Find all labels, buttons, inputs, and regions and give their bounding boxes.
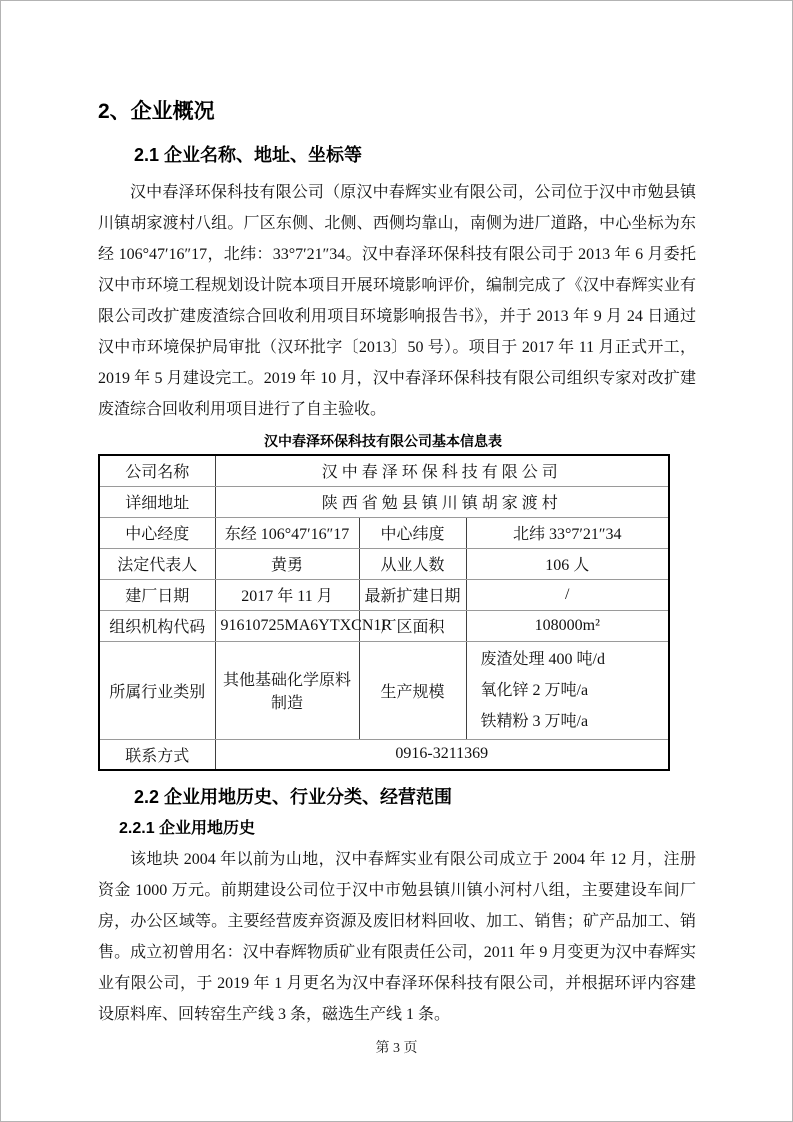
table-title-basic-info: 汉中春泽环保科技有限公司基本信息表 [98, 434, 668, 452]
cell-address-value: 陕西省勉县镇川镇胡家渡村 [215, 486, 669, 517]
section-heading-company-overview: 2、企业概况 [98, 99, 696, 125]
scale-line-slag: 废渣处理 400 吨/d [481, 644, 664, 675]
cell-address-label: 详细地址 [99, 486, 215, 517]
table-row: 公司名称 汉中春泽环保科技有限公司 [99, 455, 669, 486]
cell-area-value: 108000m² [466, 610, 669, 641]
cell-scale-value: 废渣处理 400 吨/d 氧化锌 2 万吨/a 铁精粉 3 万吨/a [466, 641, 669, 739]
cell-company-name-value: 汉中春泽环保科技有限公司 [215, 455, 669, 486]
scale-line-iron-powder: 铁精粉 3 万吨/a [481, 706, 664, 737]
subsubsection-heading-land-history: 2.2.1 企业用地历史 [98, 818, 696, 839]
subsection-heading-name-address-coords: 2.1 企业名称、地址、坐标等 [98, 144, 696, 167]
table-row: 所属行业类别 其他基础化学原料制造 生产规模 废渣处理 400 吨/d 氧化锌 … [99, 641, 669, 739]
table-row: 中心经度 东经 106°47′16″17 中心纬度 北纬 33°7′21″34 [99, 517, 669, 548]
basic-info-table: 公司名称 汉中春泽环保科技有限公司 详细地址 陕西省勉县镇川镇胡家渡村 中心经度… [98, 454, 670, 771]
cell-longitude-label: 中心经度 [99, 517, 215, 548]
paragraph-land-history: 该地块 2004 年以前为山地，汉中春辉实业有限公司成立于 2004 年 12 … [98, 844, 696, 1030]
cell-employees-label: 从业人数 [359, 548, 466, 579]
cell-contact-label: 联系方式 [99, 739, 215, 770]
paragraph-company-intro: 汉中春泽环保科技有限公司（原汉中春辉实业有限公司，公司位于汉中市勉县镇川镇胡家渡… [98, 177, 696, 425]
table-row: 组织机构代码 91610725MA6YTXCN1R 厂区面积 108000m² [99, 610, 669, 641]
cell-industry-value: 其他基础化学原料制造 [215, 641, 359, 739]
cell-latitude-value: 北纬 33°7′21″34 [466, 517, 669, 548]
cell-longitude-value: 东经 106°47′16″17 [215, 517, 359, 548]
page-content: 2、企业概况 2.1 企业名称、地址、坐标等 汉中春泽环保科技有限公司（原汉中春… [1, 1, 792, 1030]
cell-scale-label: 生产规模 [359, 641, 466, 739]
cell-build-date-label: 建厂日期 [99, 579, 215, 610]
cell-build-date-value: 2017 年 11 月 [215, 579, 359, 610]
table-row: 详细地址 陕西省勉县镇川镇胡家渡村 [99, 486, 669, 517]
cell-employees-value: 106 人 [466, 548, 669, 579]
document-page: 2、企业概况 2.1 企业名称、地址、坐标等 汉中春泽环保科技有限公司（原汉中春… [0, 0, 793, 1122]
cell-expansion-date-label: 最新扩建日期 [359, 579, 466, 610]
scale-line-zinc-oxide: 氧化锌 2 万吨/a [481, 675, 664, 706]
table-row: 法定代表人 黄勇 从业人数 106 人 [99, 548, 669, 579]
cell-org-code-label: 组织机构代码 [99, 610, 215, 641]
cell-legal-rep-label: 法定代表人 [99, 548, 215, 579]
cell-company-name-label: 公司名称 [99, 455, 215, 486]
cell-org-code-value: 91610725MA6YTXCN1R [215, 610, 359, 641]
subsection-heading-land-history-industry: 2.2 企业用地历史、行业分类、经营范围 [98, 786, 696, 809]
cell-industry-label: 所属行业类别 [99, 641, 215, 739]
cell-latitude-label: 中心纬度 [359, 517, 466, 548]
cell-legal-rep-value: 黄勇 [215, 548, 359, 579]
table-row: 建厂日期 2017 年 11 月 最新扩建日期 / [99, 579, 669, 610]
page-number: 第 3 页 [1, 1037, 792, 1057]
cell-contact-value: 0916-3211369 [215, 739, 669, 770]
table-row: 联系方式 0916-3211369 [99, 739, 669, 770]
cell-expansion-date-value: / [466, 579, 669, 610]
